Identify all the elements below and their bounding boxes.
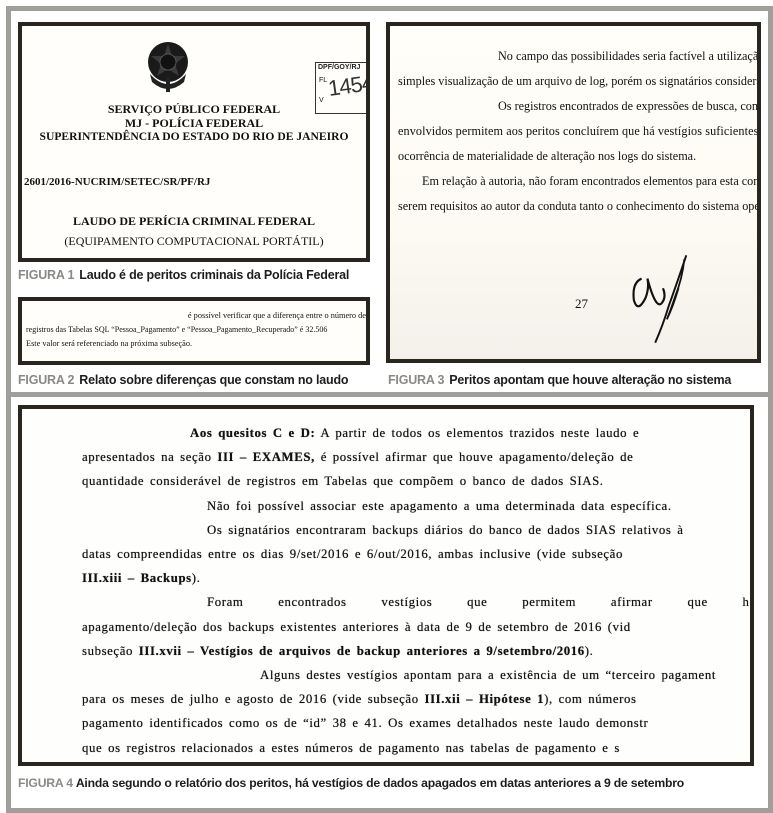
- fig3-line-7: serem requisitos ao autor da conduta tan…: [398, 194, 757, 219]
- figure-1-caption: FIGURA 1Laudo é de peritos criminais da …: [18, 268, 349, 282]
- brazil-coat-of-arms-icon: [142, 38, 194, 96]
- fig4-line-9: apagamento/deleção dos backups existente…: [82, 615, 750, 639]
- fig4-line-2-bold: III – EXAMES,: [217, 450, 315, 464]
- figure-3-document: No campo das possibilidades seria factív…: [386, 22, 761, 363]
- figure-4-document: Aos quesitos C e D: A partir de todos os…: [18, 405, 754, 766]
- fig4-line-10-rest: ).: [585, 644, 594, 658]
- fig4-line-10-bold: III.xvii – Vestígios de arquivos de back…: [139, 644, 585, 658]
- figure-4-caption-text: Ainda segundo o relatório dos peritos, h…: [76, 776, 684, 790]
- fig4-line-7-bold: III.xiii – Backups: [82, 571, 192, 585]
- fig4-line-3: quantidade considerável de registros em …: [82, 469, 750, 493]
- fig4-line-13: pagamento identificados como os de “id” …: [82, 711, 750, 735]
- fig4-line-14: que os registros relacionados a estes nú…: [82, 736, 750, 760]
- figure-3-caption: FIGURA 3Peritos apontam que houve altera…: [388, 373, 731, 387]
- fig4-line-11: Alguns destes vestígios apontam para a e…: [82, 663, 750, 687]
- fig4-line-12: para os meses de julho e agosto de 2016 …: [82, 687, 750, 711]
- fig4-line-2-rest: é possível afirmar que houve apagamento/…: [315, 450, 634, 464]
- fig3-line-2: simples visualização de um arquivo de lo…: [398, 69, 757, 94]
- fig4-line-7: III.xiii – Backups).: [82, 566, 750, 590]
- stamp-number: 1454: [326, 70, 370, 102]
- fig4-line-1: Aos quesitos C e D: A partir de todos os…: [82, 421, 750, 445]
- figure-2-caption: FIGURA 2Relato sobre diferenças que cons…: [18, 373, 348, 387]
- fig3-line-1: No campo das possibilidades seria factív…: [398, 44, 757, 69]
- fig4-line-6: datas compreendidas entre os dias 9/set/…: [82, 542, 750, 566]
- fig4-line-4: Não foi possível associar este apagament…: [82, 494, 750, 518]
- fig4-line-12-bold: III.xii – Hipótese 1: [425, 692, 545, 706]
- header-line-3: SUPERINTENDÊNCIA DO ESTADO DO RIO DE JAN…: [22, 130, 366, 144]
- fig4-line-1-bold: Aos quesitos C e D:: [190, 426, 315, 440]
- fig4-line-2-text: apresentados na seção: [82, 450, 217, 464]
- stamp-title: DPF/GOY/RJ: [318, 64, 360, 71]
- figure-1-caption-text: Laudo é de peritos criminais da Polícia …: [79, 268, 349, 282]
- fig4-line-15: relacionamentos no banco de dados SIAS f…: [82, 760, 750, 766]
- fig4-line-5: Os signatários encontraram backups diári…: [82, 518, 750, 542]
- fig4-line-2: apresentados na seção III – EXAMES, é po…: [82, 445, 750, 469]
- fig4-line-12-text: para os meses de julho e agosto de 2016 …: [82, 692, 425, 706]
- document-subtitle: (EQUIPAMENTO COMPUTACIONAL PORTÁTIL): [22, 234, 366, 249]
- figure-2-caption-text: Relato sobre diferenças que constam no l…: [79, 373, 348, 387]
- figure-2-label: FIGURA 2: [18, 373, 74, 387]
- fig2-line-2: registros das Tabelas SQL “Pessoa_Pagame…: [26, 323, 366, 337]
- fig4-line-8: Foram encontrados vestígios que permitem…: [82, 590, 750, 614]
- document-number: 2601/2016-NUCRIM/SETEC/SR/PF/RJ: [24, 176, 210, 188]
- figure-3-caption-text: Peritos apontam que houve alteração no s…: [449, 373, 731, 387]
- header-line-2: MJ - POLÍCIA FEDERAL: [22, 116, 366, 130]
- fig3-line-3: Os registros encontrados de expressões d…: [398, 94, 757, 119]
- fig4-line-10: subseção III.xvii – Vestígios de arquivo…: [82, 639, 750, 663]
- figure-4-label: FIGURA 4: [18, 776, 73, 790]
- fig2-line-3: Este valor será referenciado na próxima …: [26, 337, 366, 351]
- figure-1-label: FIGURA 1: [18, 268, 74, 282]
- fig4-line-7-rest: ).: [192, 571, 201, 585]
- fig2-line-1: é possível verificar que a diferença ent…: [26, 309, 366, 323]
- figure-4-caption: FIGURA 4Ainda segundo o relatório dos pe…: [18, 776, 684, 790]
- fig3-line-5: ocorrência de materialidade de alteração…: [398, 144, 757, 169]
- handwritten-signature-icon: [628, 248, 696, 348]
- header-line-1: SERVIÇO PÚBLICO FEDERAL: [22, 102, 366, 116]
- figure-1-document: DPF/GOY/RJ FL V 1454 SERVIÇO PÚBLICO FED…: [18, 22, 370, 262]
- fig4-line-12-rest: ), com números: [544, 692, 636, 706]
- fig3-line-4: envolvidos permitem aos peritos concluír…: [398, 119, 757, 144]
- figure-3-label: FIGURA 3: [388, 373, 444, 387]
- figure-2-document: é possível verificar que a diferença ent…: [18, 297, 370, 365]
- fig4-line-1-text: A partir de todos os elementos trazidos …: [315, 426, 639, 440]
- document-title: LAUDO DE PERÍCIA CRIMINAL FEDERAL: [22, 214, 366, 229]
- fig4-line-10-text: subseção: [82, 644, 139, 658]
- column-divider: [374, 11, 382, 392]
- page-number: 27: [575, 296, 588, 312]
- fig3-line-6: Em relação à autoria, não foram encontra…: [398, 169, 757, 194]
